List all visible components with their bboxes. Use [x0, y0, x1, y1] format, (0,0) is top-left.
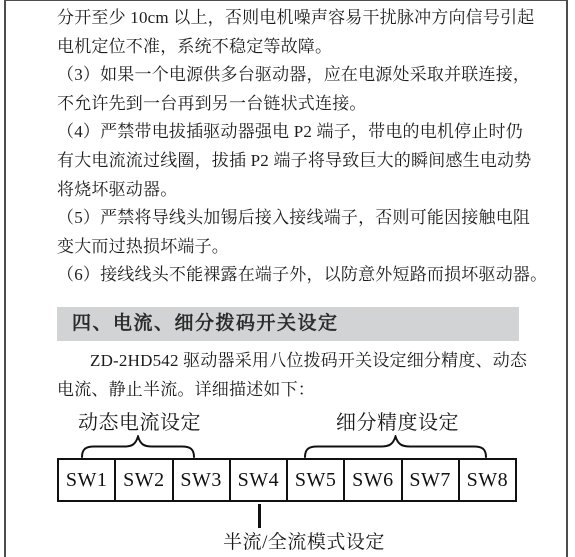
- sw4-pointer-line: [258, 504, 261, 528]
- brace-dynamic-current: [81, 435, 195, 458]
- brace-microstep: [304, 435, 487, 458]
- switch-cell-sw5: SW5: [288, 460, 345, 500]
- body-line: 变大而过热损坏端子。: [57, 233, 519, 262]
- body-line: （5）严禁将导线头加锡后接入接线端子，否则可能因接触电阻: [57, 204, 519, 233]
- microstep-label: 细分精度设定: [325, 406, 470, 435]
- body-text: 分开至少 10cm 以上，否则电机噪声容易干扰脉冲方向信号引起 电机定位不准，系…: [57, 0, 519, 290]
- dynamic-current-label: 动态电流设定: [67, 406, 212, 435]
- intro-text: ZD-2HD542 驱动器采用八位拨码开关设定细分精度、动态 电流、静止半流。详…: [57, 347, 519, 404]
- switch-cell-sw6: SW6: [345, 460, 402, 500]
- switch-cell-sw8: SW8: [460, 460, 515, 500]
- switch-cell-sw1: SW1: [59, 460, 116, 500]
- half-full-mode-label: 半流/全流模式设定: [174, 527, 434, 554]
- switch-cell-sw2: SW2: [116, 460, 173, 500]
- switch-cell-sw4: SW4: [231, 460, 288, 500]
- switch-cell-sw7: SW7: [403, 460, 460, 500]
- body-line: （4）严禁带电拔插驱动器强电 P2 端子，带电的电机停止时仍: [57, 118, 519, 147]
- switch-cell-sw3: SW3: [174, 460, 231, 500]
- switch-table: SW1 SW2 SW3 SW4 SW5 SW6 SW7 SW8: [57, 458, 517, 502]
- page-content: 分开至少 10cm 以上，否则电机噪声容易干扰脉冲方向信号引起 电机定位不准，系…: [57, 0, 519, 404]
- body-line: 电机定位不准，系统不稳定等故障。: [57, 33, 519, 62]
- body-line: 分开至少 10cm 以上，否则电机噪声容易干扰脉冲方向信号引起: [57, 4, 519, 33]
- body-line: 不允许先到一台再到另一台链状式连接。: [57, 90, 519, 119]
- body-line: 有大电流流过线圈，拔插 P2 端子将导致巨大的瞬间感生电动势: [57, 147, 519, 176]
- section-heading: 四、电流、细分拨码开关设定: [57, 307, 519, 341]
- intro-line: ZD-2HD542 驱动器采用八位拨码开关设定细分精度、动态: [57, 347, 519, 376]
- body-line: 将烧坏驱动器。: [57, 176, 519, 205]
- dip-switch-diagram: 动态电流设定 细分精度设定 SW1 SW2 SW3 SW4 SW5 SW6 SW…: [0, 404, 575, 557]
- intro-line: 电流、静止半流。详细描述如下：: [57, 376, 519, 405]
- body-line: （3）如果一个电源供多台驱动器，应在电源处采取并联连接，: [57, 61, 519, 90]
- body-line: （6）接线线头不能裸露在端子外，以防意外短路而损坏驱动器。: [57, 261, 519, 290]
